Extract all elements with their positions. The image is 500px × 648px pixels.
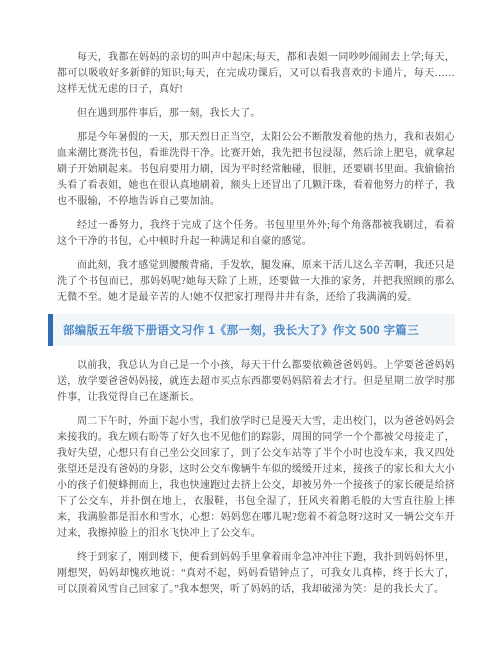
essay1-paragraph-1: 每天，我都在妈妈的亲切的叫声中起床;每天，都和表姐一同吵吵闹闹去上学;每天，都可… [57,50,455,98]
essay1-paragraph-5: 而此刻，我才感觉到腰酸背痛，手发软，腿发麻，原来干活儿这么辛苦啊，我还只是洗了个… [57,258,455,306]
essay2-paragraph-1: 以前我，我总认为自己是一个小孩，每天干什么都要依赖爸爸妈妈。上学要爸爸妈妈送，放… [57,358,455,406]
section-heading: 部编版五年级下册语文习作 1《那一刻，我长大了》作文 500 字篇三 [48,314,455,346]
document-page: 每天，我都在妈妈的亲切的叫声中起床;每天，都和表姐一同吵吵闹闹去上学;每天，都可… [0,0,500,648]
essay1-paragraph-3: 那是今年暑假的一天，那天烈日正当空，太阳公公不断散发着他的热力，我和表姐心血来潮… [57,130,455,210]
essay1-paragraph-4: 经过一番努力，我终于完成了这个任务。书包里里外外;每个角落都被我刷过，看着这个干… [57,218,455,250]
section-heading-text: 部编版五年级下册语文习作 1《那一刻，我长大了》作文 500 字篇三 [63,325,419,337]
essay1-paragraph-2: 但在遇到那件事后，那一刻，我长大了。 [57,106,455,122]
essay2-paragraph-3: 终于到家了，刚到楼下，便看到妈妈手里拿着雨伞急冲冲往下跑，我扑到妈妈怀里，刚想哭… [57,550,455,598]
essay2-paragraph-2: 周二下午时，外面下起小雪，我们放学时已是漫天大雪，走出校门，以为爸爸妈妈会来接我… [57,414,455,542]
